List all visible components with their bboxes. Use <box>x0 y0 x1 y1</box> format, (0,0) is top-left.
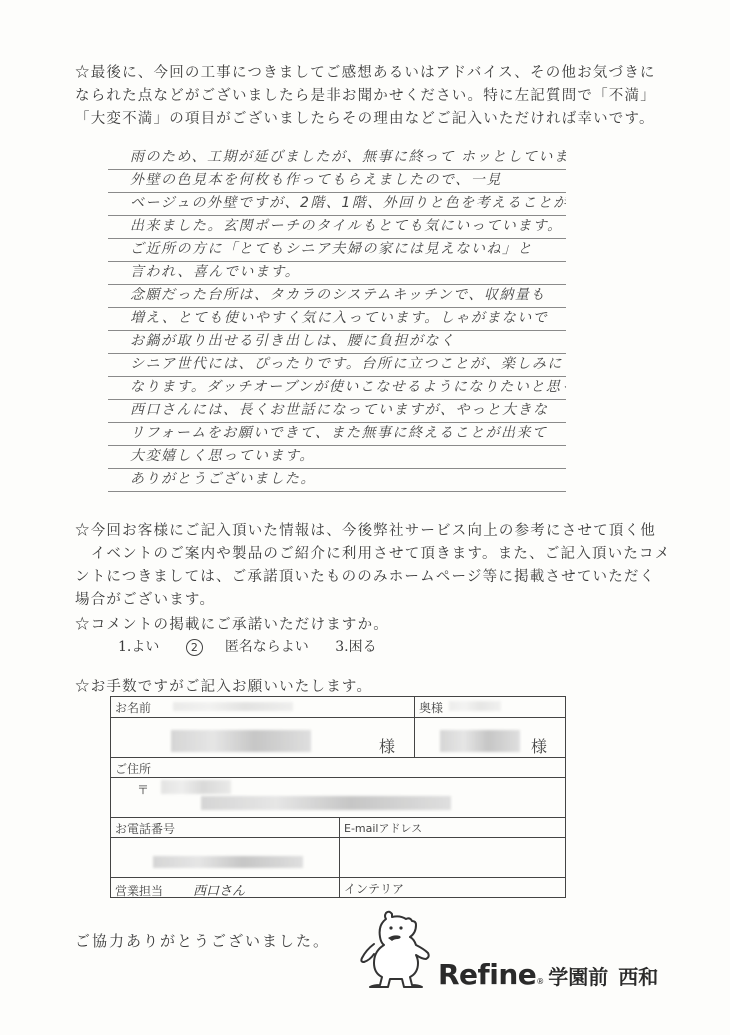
phone-label-cell: お電話番号 <box>111 818 339 837</box>
intro-line: ☆最後に、今回の工事につきましてご感想あるいはアドバイス、その他お気づきに <box>75 62 656 85</box>
comment-line: 大変嬉しく思っています。 <box>108 446 566 469</box>
postal-mark: 〒 <box>137 781 149 798</box>
redacted-name <box>171 730 311 752</box>
comment-line: 言われ、喜んでいます。 <box>108 262 566 285</box>
comment-line: お鍋が取り出せる引き出しは、腰に負担がなく <box>108 331 566 354</box>
notice-line: 場合がございます。 <box>75 589 670 612</box>
handwritten-comment-area: 雨のため、工期が延びましたが、無事に終って ホッとしています。 外壁の色見本を何… <box>108 147 566 492</box>
notice-line: イベントのご案内や製品のご紹介に利用させて頂きます。また、ご記入頂いたコメ <box>75 543 670 566</box>
comment-line: 外壁の色見本を何枚も作ってもらえましたので、一見 <box>108 170 566 193</box>
wife-honorific: 様 <box>531 734 547 757</box>
phone-field[interactable] <box>111 838 339 877</box>
bear-mascot-icon <box>358 908 442 990</box>
address-label-cell: ご住所 <box>111 758 565 777</box>
option-yes[interactable]: 1.よい <box>118 639 159 655</box>
thanks-message: ご協力ありがとうございました。 <box>75 930 330 951</box>
email-field[interactable] <box>339 838 565 877</box>
customer-info-form: お名前 奥様 様 様 ご住所 〒 お電話番号 <box>110 696 566 898</box>
comment-line: シニア世代には、ぴったりです。台所に立つことが、楽しみに <box>108 354 566 377</box>
wife-label: 奥様 <box>419 701 443 715</box>
comment-line: ありがとうございました。 <box>108 469 566 492</box>
comment-line: リフォームをお願いできて、また無事に終えることが出来て <box>108 423 566 446</box>
comment-line: 増え、とても使いやすく気に入っています。しゃがまないで <box>108 308 566 331</box>
address-field[interactable]: 〒 <box>111 778 565 817</box>
store-name-2: 西和 <box>618 965 658 989</box>
redacted-phone <box>153 856 303 868</box>
redacted-postal-code <box>161 780 231 794</box>
intro-line: 「大変不満」の項目がございましたらその理由などご記入いただければ幸いです。 <box>75 108 656 131</box>
intro-line: なられた点などがございましたら是非お聞かせください。特に左記質問で「不満」 <box>75 85 656 108</box>
option-anonymous-label: 匿名ならよい <box>225 639 309 655</box>
comment-line: ご近所の方に「とてもシニア夫婦の家には見えないね」と <box>108 239 566 262</box>
consent-notice: ☆今回お客様にご記入頂いた情報は、今後弊社サービス向上の参考にさせて頂く他 イベ… <box>75 520 670 612</box>
comment-line: ベージュの外壁ですが、2階、1階、外回りと色を考えることが <box>108 193 566 216</box>
option-anonymous[interactable]: 2匿名ならよい <box>186 639 313 655</box>
wife-name-field[interactable]: 様 <box>414 718 565 757</box>
comment-line: 雨のため、工期が延びましたが、無事に終って ホッとしています。 <box>108 147 566 170</box>
store-name-1: 学園前 <box>548 965 608 989</box>
interior-label: インテリア <box>344 882 404 896</box>
wife-label-cell: 奥様 <box>414 697 565 717</box>
redacted-address <box>201 796 451 810</box>
sales-rep-label: 営業担当 <box>115 884 163 898</box>
sales-rep-cell: 営業担当西口さん <box>111 878 339 897</box>
comment-line: 西口さんには、長くお世話になっていますが、やっと大きな <box>108 400 566 423</box>
name-label-cell: お名前 <box>111 697 414 717</box>
comment-line: 念願だった台所は、タカラのシステムキッチンで、収納量も <box>108 285 566 308</box>
option-no[interactable]: 3.困る <box>335 639 376 655</box>
redacted-wife-reading <box>449 701 501 711</box>
comment-line: なります。ダッチオーブンが使いこなせるようになりたいと思っています。 <box>108 377 566 400</box>
selected-circle-mark: 2 <box>186 639 203 656</box>
intro-paragraph: ☆最後に、今回の工事につきましてご感想あるいはアドバイス、その他お気づきに なら… <box>75 62 656 131</box>
name-label: お名前 <box>115 701 151 715</box>
consent-options: 1.よい 2匿名ならよい 3.困る <box>118 636 399 656</box>
name-honorific: 様 <box>379 734 395 757</box>
redacted-name-reading <box>173 702 293 711</box>
comment-line: 出来ました。玄関ポーチのタイルもとても気にいっています。 <box>108 216 566 239</box>
email-label: E-mailアドレス <box>344 822 422 835</box>
redacted-wife-name <box>440 730 520 752</box>
interior-cell: インテリア <box>339 878 565 897</box>
brand-logo: Refine®学園前西和 <box>438 958 658 991</box>
registered-mark: ® <box>536 977 544 986</box>
brand-name: Refine <box>438 958 536 991</box>
notice-line: ☆今回お客様にご記入頂いた情報は、今後弊社サービス向上の参考にさせて頂く他 <box>75 520 670 543</box>
phone-label: お電話番号 <box>115 822 175 836</box>
notice-line: ントにつきましては、ご承諾頂いたもののみホームページ等に掲載させていただく <box>75 566 670 589</box>
email-label-cell: E-mailアドレス <box>339 818 565 837</box>
consent-question: ☆コメントの掲載にご承諾いただけますか。 <box>75 614 389 637</box>
sales-rep-value: 西口さん <box>193 884 245 899</box>
name-field[interactable]: 様 <box>111 718 414 757</box>
address-label: ご住所 <box>115 762 151 776</box>
